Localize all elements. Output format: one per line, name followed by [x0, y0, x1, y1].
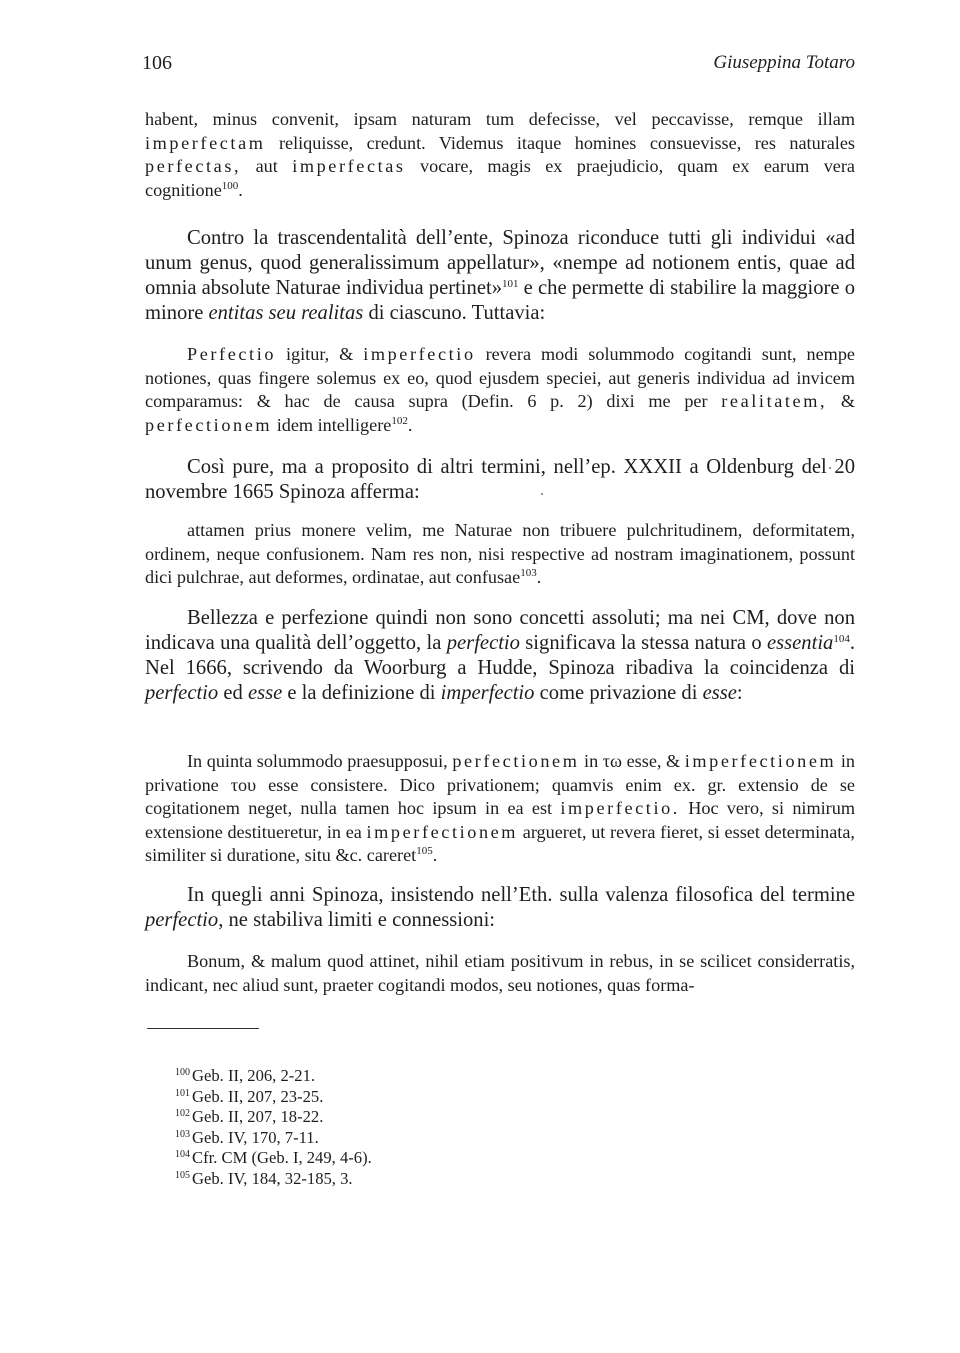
footnote-text: Geb. IV, 170, 7-11. — [192, 1128, 319, 1147]
italic-term: esse — [703, 682, 737, 704]
spaced-term: Perfectio — [187, 344, 276, 364]
spaced-term: imperfectio. — [560, 798, 680, 818]
body-paragraph-4: In quegli anni Spinoza, insistendo nell’… — [145, 883, 855, 933]
footnote: 104Cfr. CM (Geb. I, 249, 4-6). — [175, 1148, 372, 1169]
italic-term: perfectio — [447, 632, 520, 654]
body-paragraph-1: Contro la trascendentalità dell’ente, Sp… — [145, 226, 855, 326]
scan-speck — [829, 467, 831, 469]
quote-paragraph-1: habent, minus convenit, ipsam naturam tu… — [145, 108, 855, 202]
running-head-author: Giuseppina Totaro — [713, 52, 855, 74]
spaced-term: perfectas, — [145, 156, 241, 176]
footnote: 100Geb. II, 206, 2-21. — [175, 1066, 372, 1087]
footnotes: 100Geb. II, 206, 2-21. 101Geb. II, 207, … — [175, 1066, 372, 1190]
spaced-term: perfectionem — [452, 751, 579, 771]
footnote-number: 101 — [175, 1088, 190, 1099]
footnote-number: 102 — [175, 1108, 190, 1119]
footnote: 101Geb. II, 207, 23-25. — [175, 1087, 372, 1108]
italic-term: perfectio — [145, 909, 218, 931]
footnote-ref: 102 — [391, 415, 408, 427]
quote-paragraph-3: attamen prius monere velim, me Naturae n… — [145, 519, 855, 590]
footnote: 103Geb. IV, 170, 7-11. — [175, 1128, 372, 1149]
italic-term: perfectio — [145, 682, 218, 704]
footnote-ref: 100 — [222, 180, 239, 192]
page-number: 106 — [142, 52, 172, 75]
footnote-ref: 101 — [502, 278, 519, 290]
spaced-term: imperfectionem — [367, 822, 519, 842]
italic-term: essentia — [767, 632, 833, 654]
page-header: 106 Giuseppina Totaro — [145, 52, 855, 78]
spaced-term: imperfectio — [363, 344, 475, 364]
footnote-text: Geb. II, 207, 18-22. — [192, 1107, 323, 1126]
body-paragraph-2: Così pure, ma a proposito di altri termi… — [145, 455, 855, 505]
footnote-text: Geb. II, 207, 23-25. — [192, 1087, 323, 1106]
footnote-text: Cfr. CM (Geb. I, 249, 4-6). — [192, 1148, 372, 1167]
quote-paragraph-2: Perfectio igitur, & imperfectio revera m… — [145, 343, 855, 437]
spaced-term: realitatem, — [721, 391, 827, 411]
spaced-term: imperfectas — [292, 156, 405, 176]
footnote-number: 100 — [175, 1067, 190, 1078]
scan-speck — [541, 493, 543, 495]
quote-paragraph-4: In quinta solummodo praesupposui, perfec… — [145, 750, 855, 868]
footnote-ref: 104 — [833, 633, 850, 645]
footnote-ref: 105 — [416, 845, 433, 857]
quote-paragraph-5: Bonum, & malum quod attinet, nihil etiam… — [145, 950, 855, 997]
footnote-text: Geb. II, 206, 2-21. — [192, 1066, 315, 1085]
spaced-term: imperfectionem — [685, 751, 837, 771]
footnote-text: Geb. IV, 184, 32-185, 3. — [192, 1169, 353, 1188]
spaced-term: imperfectam — [145, 133, 266, 153]
footnote-ref: 103 — [520, 567, 537, 579]
footnote-number: 104 — [175, 1149, 190, 1160]
footnote: 102Geb. II, 207, 18-22. — [175, 1107, 372, 1128]
footnote-separator — [147, 1028, 259, 1029]
footnote-number: 105 — [175, 1170, 190, 1181]
italic-term: entitas seu realitas — [208, 302, 363, 324]
body-paragraph-3: Bellezza e perfezione quindi non sono co… — [145, 606, 855, 706]
italic-term: esse — [248, 682, 282, 704]
spaced-term: perfectionem — [145, 415, 272, 435]
footnote-number: 103 — [175, 1129, 190, 1140]
footnote: 105Geb. IV, 184, 32-185, 3. — [175, 1169, 372, 1190]
italic-term: imperfectio — [441, 682, 535, 704]
